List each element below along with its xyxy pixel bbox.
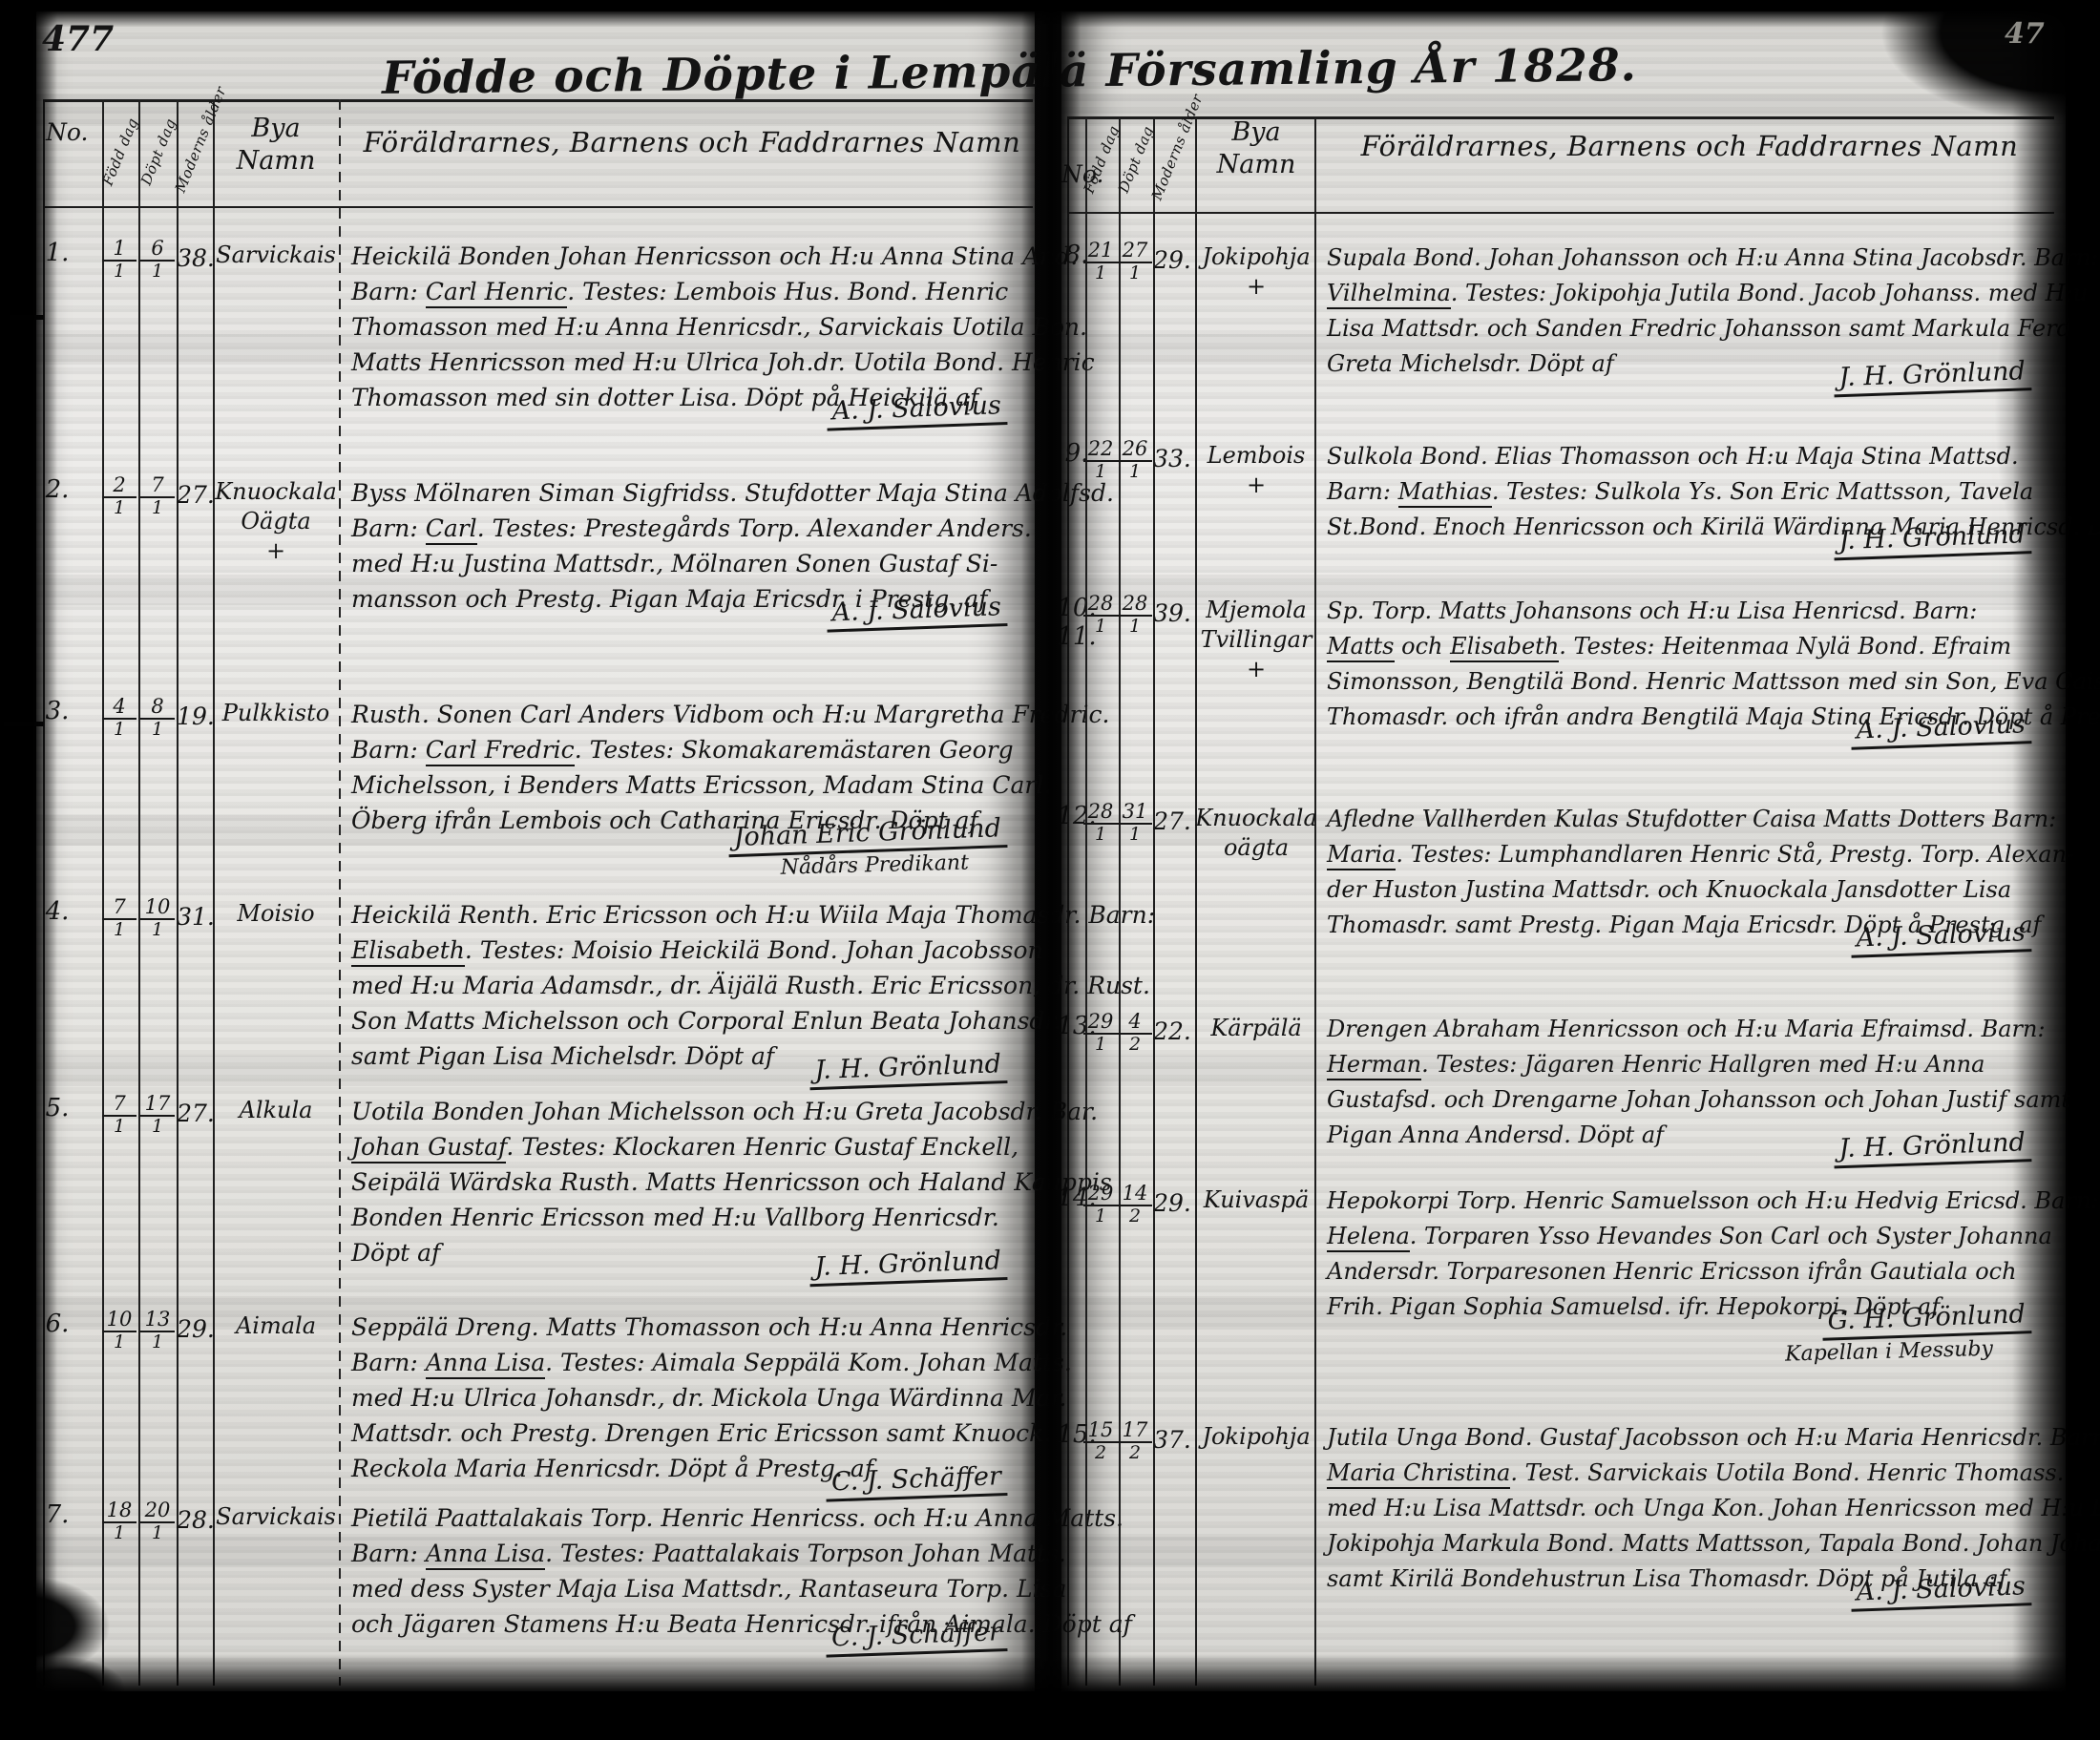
entry-text-line: Andersdr. Torparesonen Henric Ericsson i… xyxy=(1327,1254,2050,1289)
entry-text: . Testes: Klockaren Henric Gustaf Enckel… xyxy=(506,1133,1018,1161)
child-name-underlined: Anna Lisa xyxy=(426,1349,545,1379)
entry-text: . Testes: Jokipohja Jutila Bond. Jacob J… xyxy=(1451,280,2088,306)
birth-date: 11 xyxy=(102,239,136,281)
village-name: Aimala xyxy=(192,1311,360,1341)
child-name-underlined: Matts xyxy=(1327,633,1395,662)
column-rule xyxy=(102,99,104,1686)
birth-date: 211 xyxy=(1083,241,1118,283)
entry-text: Barn: xyxy=(351,736,426,764)
entry-text: Barn: xyxy=(351,278,426,305)
date-numerator: 29 xyxy=(1083,1012,1118,1035)
date-denominator: 1 xyxy=(102,720,136,739)
table-left-rule xyxy=(43,99,45,1686)
entry-text: Barn: xyxy=(351,514,426,542)
birth-date: 221 xyxy=(1083,439,1118,481)
entry-text: . Torparen Ysso Hevandes Son Carl och Sy… xyxy=(1410,1223,2052,1249)
birth-date: 71 xyxy=(102,897,136,939)
entry-text-line: Vilhelmina. Testes: Jokipohja Jutila Bon… xyxy=(1327,276,2050,311)
entry-text: Jokipohja Markula Bond. Matts Mattsson, … xyxy=(1327,1530,2100,1557)
village-name: Mjemola Tvillingar + xyxy=(1180,596,1333,684)
parish-register-scan: 477 47 Födde och Döpte i Lempälä Församl… xyxy=(0,0,2100,1740)
entry-text: Heickilä Bonden Johan Henricsson och H:u… xyxy=(351,242,1078,270)
column-header-no: No. xyxy=(46,118,88,146)
date-numerator: 4 xyxy=(102,697,136,720)
entry-text-line: Barn: Anna Lisa. Testes: Aimala Seppälä … xyxy=(351,1345,1026,1380)
date-denominator: 1 xyxy=(1083,462,1118,481)
entry-text-line: Drengen Abraham Henricsson och H:u Maria… xyxy=(1327,1012,2050,1047)
entry-text: . Testes: Sulkola Ys. Son Eric Mattsson,… xyxy=(1492,478,2033,505)
birth-date: 291 xyxy=(1083,1012,1118,1054)
entry-text-line: Pietilä Paattalakais Torp. Henric Henric… xyxy=(351,1500,1026,1536)
child-name-underlined: Maria xyxy=(1327,841,1396,870)
signature-text: A. J. Salovius xyxy=(826,390,1007,431)
signature-text: A. J. Salovius xyxy=(1850,709,2031,750)
signature-text: C. J. Schäffer xyxy=(825,1461,1007,1502)
entry-text: Son Matts Michelsson och Corporal Enlun … xyxy=(351,1007,1061,1035)
entry-text: . Testes: Moisio Heickilä Bond. Johan Ja… xyxy=(465,936,1043,964)
entry-text-line: Simonsson, Bengtilä Bond. Henric Mattsso… xyxy=(1327,664,2050,700)
entry-text: Thomasson med H:u Anna Henricsdr., Sarvi… xyxy=(351,313,1087,341)
date-denominator: 1 xyxy=(102,920,136,939)
entry-text: Seppälä Dreng. Matts Thomasson och H:u A… xyxy=(351,1313,1067,1341)
entry-text: . Testes: Aimala Seppälä Kom. Johan Matt… xyxy=(545,1349,1072,1376)
entry-text-line: Seipälä Wärdska Rusth. Matts Henricsson … xyxy=(351,1164,1026,1200)
entry-text-line: Lisa Mattsdr. och Sanden Fredric Johanss… xyxy=(1327,311,2050,346)
entry-text-line: med dess Syster Maja Lisa Mattsdr., Rant… xyxy=(351,1571,1026,1606)
child-name-underlined: Helena xyxy=(1327,1223,1410,1252)
entry-text-line: Michelsson, i Benders Matts Ericsson, Ma… xyxy=(351,767,1026,803)
entry-text-line: Barn: Carl. Testes: Prestegårds Torp. Al… xyxy=(351,511,1026,546)
signature-text: G. H. Grönlund xyxy=(1821,1299,2031,1341)
birth-date: 181 xyxy=(102,1500,136,1542)
entry-number: 1. xyxy=(31,239,84,267)
date-numerator: 7 xyxy=(102,1094,136,1117)
entry-text-line: Sulkola Bond. Elias Thomasson och H:u Ma… xyxy=(1327,439,2050,474)
date-denominator: 1 xyxy=(1083,263,1118,283)
entry-text: . Testes: Heitenmaa Nylä Bond. Efraim xyxy=(1559,633,2011,660)
entry-text-line: Matts och Elisabeth. Testes: Heitenmaa N… xyxy=(1327,629,2050,664)
entry-text-line: Elisabeth. Testes: Moisio Heickilä Bond.… xyxy=(351,933,1026,968)
birth-date: 291 xyxy=(1083,1184,1118,1226)
entry-number: 2. xyxy=(31,475,84,504)
child-name-underlined: Elisabeth xyxy=(1450,633,1559,662)
signature-text: A. J. Salovius xyxy=(826,592,1007,633)
child-name-underlined: Maria Christina xyxy=(1327,1459,1510,1489)
signature-text: J. H. Grönlund xyxy=(1833,519,2032,560)
entry-text: Rusth. Sonen Carl Anders Vidbom och H:u … xyxy=(351,701,1109,728)
village-name: Knuockala oägta xyxy=(1180,804,1333,863)
entry-text: Afledne Vallherden Kulas Stufdotter Cais… xyxy=(1327,806,2056,832)
village-name: Pulkkisto xyxy=(192,699,360,728)
entry-text: . Testes: Jägaren Henric Hallgren med H:… xyxy=(1421,1051,1984,1078)
entry-text-line: Hepokorpi Torp. Henric Samuelsson och H:… xyxy=(1327,1184,2050,1219)
entry-text-line: Bonden Henric Ericsson med H:u Vallborg … xyxy=(351,1200,1026,1235)
village-name: Moisio xyxy=(192,899,360,929)
column-rule xyxy=(177,99,178,1686)
entry-text-line: Jutila Unga Bond. Gustaf Jacobsson och H… xyxy=(1327,1420,2050,1456)
entry-text-line: Seppälä Dreng. Matts Thomasson och H:u A… xyxy=(351,1310,1026,1345)
entry-text: . Testes: Prestegårds Torp. Alexander An… xyxy=(477,514,1032,542)
entry-text: med H:u Ulrica Johansdr., dr. Mickola Un… xyxy=(351,1384,1067,1412)
entry-text-line: med H:u Ulrica Johansdr., dr. Mickola Un… xyxy=(351,1380,1026,1415)
date-numerator: 29 xyxy=(1083,1184,1118,1206)
entry-text-line: Heickilä Bonden Johan Henricsson och H:u… xyxy=(351,239,1026,274)
child-name-underlined: Carl Fredric xyxy=(426,736,575,766)
entry-text-line: Uotila Bonden Johan Michelsson och H:u G… xyxy=(351,1094,1026,1129)
margin-mark xyxy=(10,315,44,320)
date-denominator: 1 xyxy=(1083,617,1118,636)
entry-text: . Testes: Paattalakais Torpson Johan Mat… xyxy=(545,1540,1066,1567)
entry-text-line: Byss Mölnaren Siman Sigfridss. Stufdotte… xyxy=(351,475,1026,511)
entry-text: Supala Bond. Johan Johansson och H:u Ann… xyxy=(1327,244,2098,271)
entry-text-line: Johan Gustaf. Testes: Klockaren Henric G… xyxy=(351,1129,1026,1164)
child-name-underlined: Johan Gustaf xyxy=(351,1133,506,1163)
birth-date: 21 xyxy=(102,475,136,517)
entry-text: Barn: xyxy=(351,1349,426,1376)
entry-text: . Testes: Lembois Hus. Bond. Henric xyxy=(567,278,1008,305)
entry-text: Mattsdr. och Prestg. Drengen Eric Ericss… xyxy=(351,1419,1051,1447)
header-bottom-rule xyxy=(1067,212,2054,214)
entry-text-line: Son Matts Michelsson och Corporal Enlun … xyxy=(351,1003,1026,1038)
date-denominator: 1 xyxy=(1083,1206,1118,1226)
date-numerator: 7 xyxy=(102,897,136,920)
entry-text: . Test. Sarvickais Uotila Bond. Henric T… xyxy=(1510,1459,2064,1486)
date-numerator: 15 xyxy=(1083,1420,1118,1443)
entry-text: Seipälä Wärdska Rusth. Matts Henricsson … xyxy=(351,1168,1112,1196)
entry-text: Lisa Mattsdr. och Sanden Fredric Johanss… xyxy=(1327,315,2100,342)
entry-text-line: Barn: Mathias. Testes: Sulkola Ys. Son E… xyxy=(1327,474,2050,510)
village-name: Sarvickais xyxy=(192,1502,360,1532)
village-name: Kuivaspä xyxy=(1180,1185,1333,1215)
entry-text-line: Jokipohja Markula Bond. Matts Mattsson, … xyxy=(1327,1526,2050,1562)
entry-number: 6. xyxy=(31,1310,84,1338)
column-rule xyxy=(213,99,215,1686)
signature-text: A. J. Salovius xyxy=(1850,1571,2031,1612)
entry-text-line: Barn: Carl Fredric. Testes: Skomakaremäs… xyxy=(351,732,1026,767)
entry-number: 4. xyxy=(31,897,84,926)
child-name-underlined: Carl xyxy=(426,514,477,545)
child-name-underlined: Elisabeth xyxy=(351,936,465,967)
entry-text: och xyxy=(1395,633,1451,660)
entry-text-line: Matts Henricsson med H:u Ulrica Joh.dr. … xyxy=(351,345,1026,380)
entry-text: Bonden Henric Ericsson med H:u Vallborg … xyxy=(351,1204,999,1231)
right-page-number: 47 xyxy=(2005,17,2045,51)
entry-text-line: Barn: Carl Henric. Testes: Lembois Hus. … xyxy=(351,274,1026,309)
entry-text: Byss Mölnaren Siman Sigfridss. Stufdotte… xyxy=(351,479,1114,507)
entry-text-line: Barn: Anna Lisa. Testes: Paattalakais To… xyxy=(351,1536,1026,1571)
entry-text: Sp. Torp. Matts Johansons och H:u Lisa H… xyxy=(1327,597,1977,624)
entry-text: . Testes: Skomakaremästaren Georg xyxy=(575,736,1014,764)
column-header-names: Föräldrarnes, Barnens och Faddrarnes Nam… xyxy=(301,126,1083,158)
entry-text-line: Rusth. Sonen Carl Anders Vidbom och H:u … xyxy=(351,697,1026,732)
village-name: Jokipohja xyxy=(1180,1422,1333,1452)
birth-date: 281 xyxy=(1083,802,1118,844)
entry-text: Matts Henricsson med H:u Ulrica Joh.dr. … xyxy=(351,348,1095,376)
date-denominator: 2 xyxy=(1083,1443,1118,1462)
village-name: Lembois + xyxy=(1180,441,1333,500)
entry-text: Barn: xyxy=(1327,478,1398,505)
signature-text: J. H. Grönlund xyxy=(1833,356,2032,397)
date-numerator: 18 xyxy=(102,1500,136,1523)
date-denominator: 1 xyxy=(1083,825,1118,844)
village-name: Knuockala Oägta + xyxy=(192,477,360,566)
child-name-underlined: Mathias xyxy=(1398,478,1492,508)
birth-date: 71 xyxy=(102,1094,136,1136)
signature-text: A. J. Salovius xyxy=(1850,917,2031,958)
entry-text: Drengen Abraham Henricsson och H:u Maria… xyxy=(1327,1016,2046,1042)
birth-date: 152 xyxy=(1083,1420,1118,1462)
signature-text: J. H. Grönlund xyxy=(1833,1127,2032,1168)
entry-text-line: Heickilä Renth. Eric Ericsson och H:u Wi… xyxy=(351,897,1026,933)
column-rule xyxy=(138,99,140,1686)
date-numerator: 2 xyxy=(102,475,136,498)
entry-number: 5. xyxy=(31,1094,84,1122)
date-numerator: 22 xyxy=(1083,439,1118,462)
entry-text-line: Sp. Torp. Matts Johansons och H:u Lisa H… xyxy=(1327,594,2050,629)
entry-text: Barn: xyxy=(351,1540,426,1567)
date-denominator: 1 xyxy=(102,498,136,517)
entry-text-line: med H:u Maria Adamsdr., dr. Äijälä Rusth… xyxy=(351,968,1026,1003)
child-name-underlined: Anna Lisa xyxy=(426,1540,545,1570)
date-denominator: 1 xyxy=(1083,1035,1118,1054)
child-name-underlined: Vilhelmina xyxy=(1327,280,1451,309)
entry-text-line: der Huston Justina Mattsdr. och Knuockal… xyxy=(1327,872,2050,908)
village-name: Jokipohja + xyxy=(1180,242,1333,302)
entry-text: Simonsson, Bengtilä Bond. Henric Mattsso… xyxy=(1327,668,2100,695)
date-numerator: 1 xyxy=(102,239,136,262)
entry-text-line: med H:u Lisa Mattsdr. och Unga Kon. Joha… xyxy=(1327,1491,2050,1526)
entry-text: der Huston Justina Mattsdr. och Knuockal… xyxy=(1327,876,2011,903)
book-binding-gutter xyxy=(1021,0,1081,1714)
entry-text: Jutila Unga Bond. Gustaf Jacobsson och H… xyxy=(1327,1424,2100,1451)
entry-text: Michelsson, i Benders Matts Ericsson, Ma… xyxy=(351,771,1051,799)
signature-text: J. H. Grönlund xyxy=(808,1246,1008,1287)
entry-text: Döpt af xyxy=(351,1239,440,1267)
entry-text: med dess Syster Maja Lisa Mattsdr., Rant… xyxy=(351,1575,1066,1603)
date-numerator: 28 xyxy=(1083,802,1118,825)
entry-text: Gustafsd. och Drengarne Johan Johansson … xyxy=(1327,1086,2070,1113)
entry-text-line: Gustafsd. och Drengarne Johan Johansson … xyxy=(1327,1082,2050,1118)
birth-date: 41 xyxy=(102,697,136,739)
entry-text-line: Herman. Testes: Jägaren Henric Hallgren … xyxy=(1327,1047,2050,1082)
village-name: Alkula xyxy=(192,1096,360,1125)
village-name: Kärpälä xyxy=(1180,1014,1333,1043)
child-name-underlined: Carl Henric xyxy=(426,278,568,308)
date-numerator: 21 xyxy=(1083,241,1118,263)
village-name: Sarvickais xyxy=(192,241,360,270)
entry-text: Hepokorpi Torp. Henric Samuelsson och H:… xyxy=(1327,1187,2098,1214)
entry-text-line: Maria. Testes: Lumphandlaren Henric Stå,… xyxy=(1327,837,2050,872)
entry-text: med H:u Lisa Mattsdr. och Unga Kon. Joha… xyxy=(1327,1495,2100,1521)
entry-text-line: Thomasson med H:u Anna Henricsdr., Sarvi… xyxy=(351,309,1026,345)
date-numerator: 10 xyxy=(102,1310,136,1332)
date-denominator: 1 xyxy=(102,1523,136,1542)
date-denominator: 1 xyxy=(102,1117,136,1136)
entry-text: . Testes: Lumphandlaren Henric Stå, Pres… xyxy=(1396,841,2074,868)
birth-date: 101 xyxy=(102,1310,136,1352)
village-names-separator-rule xyxy=(339,99,341,1686)
entry-text: Uotila Bonden Johan Michelsson och H:u G… xyxy=(351,1098,1098,1125)
entry-number: 7. xyxy=(31,1500,84,1529)
column-header-names: Föräldrarnes, Barnens och Faddrarnes Nam… xyxy=(1298,130,2081,162)
left-page-number: 477 xyxy=(42,19,114,59)
birth-date: 281 xyxy=(1083,594,1118,636)
signature-text: J. H. Grönlund xyxy=(808,1049,1008,1090)
entry-text: Sulkola Bond. Elias Thomasson och H:u Ma… xyxy=(1327,443,2019,470)
entry-text-line: Supala Bond. Johan Johansson och H:u Ann… xyxy=(1327,241,2050,276)
entry-number: 3. xyxy=(31,697,84,725)
entry-text: med H:u Justina Mattsdr., Mölnaren Sonen… xyxy=(351,550,997,577)
entry-text: Andersdr. Torparesonen Henric Ericsson i… xyxy=(1327,1258,2017,1285)
entry-text-line: med H:u Justina Mattsdr., Mölnaren Sonen… xyxy=(351,546,1026,581)
child-name-underlined: Herman xyxy=(1327,1051,1421,1080)
header-bottom-rule xyxy=(43,206,1033,208)
date-numerator: 28 xyxy=(1083,594,1118,617)
entry-text: Pietilä Paattalakais Torp. Henric Henric… xyxy=(351,1504,1123,1532)
entry-text-line: Helena. Torparen Ysso Hevandes Son Carl … xyxy=(1327,1219,2050,1254)
date-denominator: 1 xyxy=(102,1332,136,1352)
date-denominator: 1 xyxy=(102,262,136,281)
entry-text-line: Maria Christina. Test. Sarvickais Uotila… xyxy=(1327,1456,2050,1491)
entry-text-line: Afledne Vallherden Kulas Stufdotter Cais… xyxy=(1327,802,2050,837)
signature-text: C. J. Schäffer xyxy=(825,1617,1007,1658)
entry-text-line: Mattsdr. och Prestg. Drengen Eric Ericss… xyxy=(351,1415,1026,1451)
